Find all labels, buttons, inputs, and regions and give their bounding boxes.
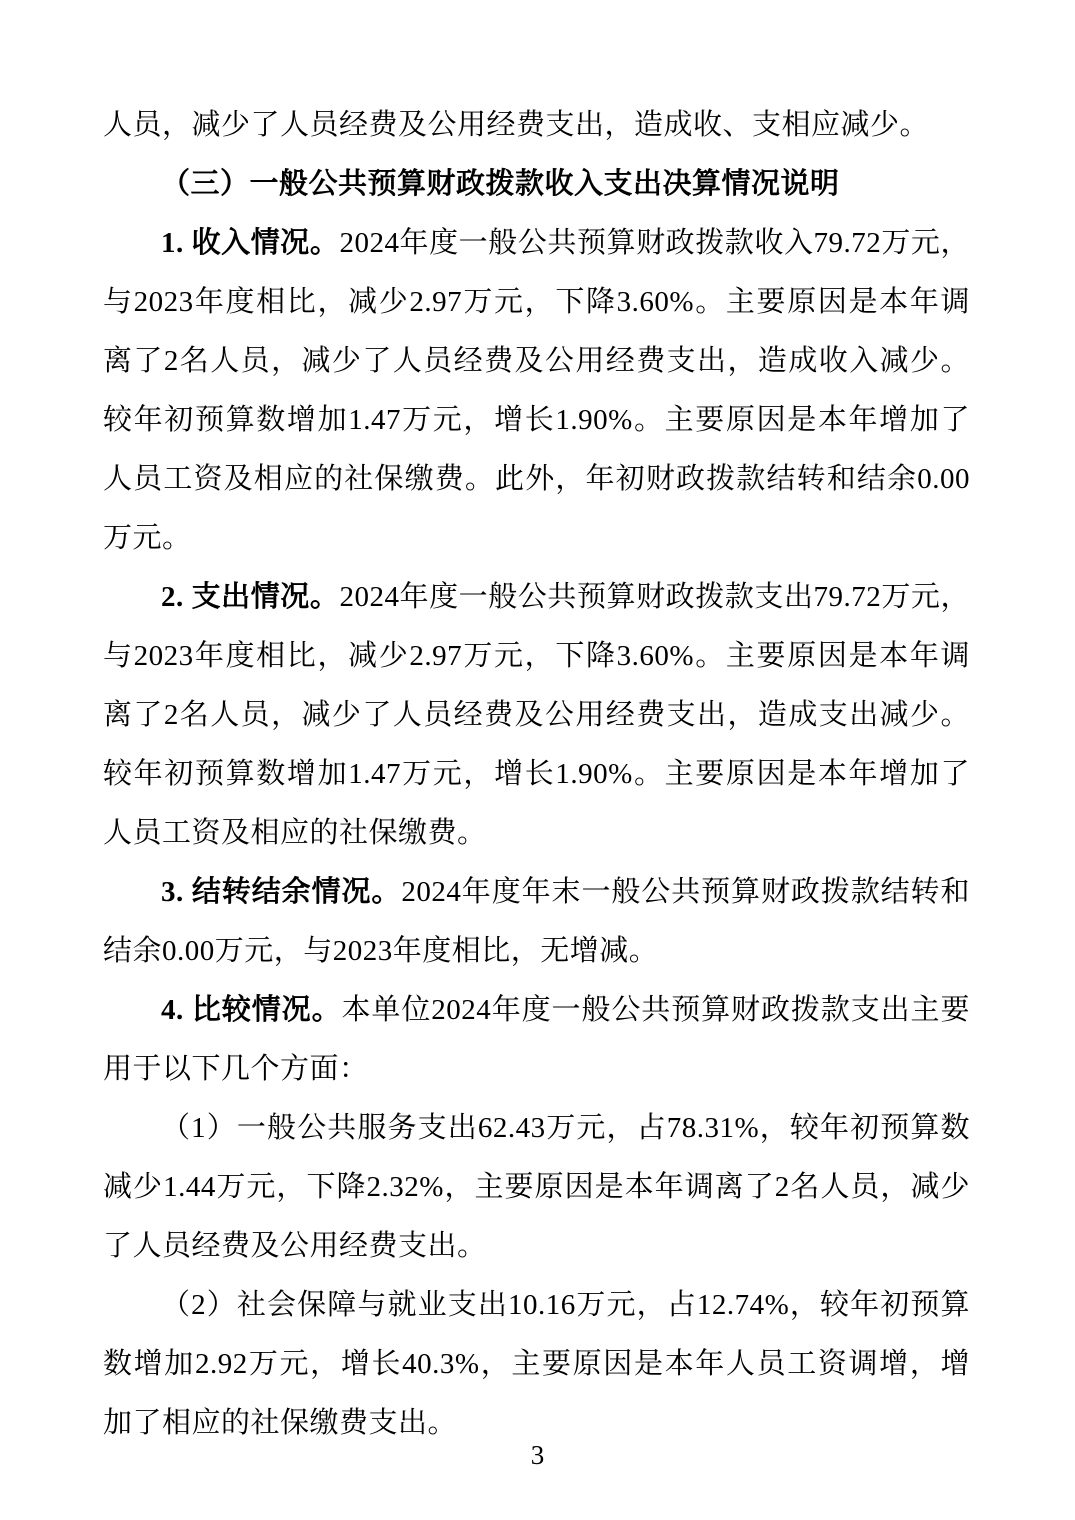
document-page: 人员，减少了人员经费及公用经费支出，造成收、支相应减少。 （三）一般公共预算财政… xyxy=(0,0,1075,1520)
paragraph-expenditure-lead: 2. 支出情况。 xyxy=(161,581,339,613)
paragraph-carryover: 3. 结转结余情况。2024年度年末一般公共预算财政拨款结转和结余0.00万元，… xyxy=(103,863,970,981)
document-body: 人员，减少了人员经费及公用经费支出，造成收、支相应减少。 （三）一般公共预算财政… xyxy=(103,96,970,1453)
paragraph-comparison-lead: 4. 比较情况。 xyxy=(161,994,342,1026)
paragraph-income: 1. 收入情况。2024年度一般公共预算财政拨款收入79.72万元，与2023年… xyxy=(103,214,970,568)
paragraph-income-lead: 1. 收入情况。 xyxy=(161,227,339,259)
paragraph-item-1: （1）一般公共服务支出62.43万元，占78.31%，较年初预算数减少1.44万… xyxy=(103,1099,970,1276)
paragraph-expenditure: 2. 支出情况。2024年度一般公共预算财政拨款支出79.72万元，与2023年… xyxy=(103,568,970,863)
paragraph-comparison: 4. 比较情况。本单位2024年度一般公共预算财政拨款支出主要用于以下几个方面： xyxy=(103,981,970,1099)
paragraph-item-2: （2）社会保障与就业支出10.16万元，占12.74%，较年初预算数增加2.92… xyxy=(103,1276,970,1453)
section-heading: （三）一般公共预算财政拨款收入支出决算情况说明 xyxy=(103,155,970,214)
page-number: 3 xyxy=(0,1440,1075,1470)
paragraph-expenditure-text: 2024年度一般公共预算财政拨款支出79.72万元，与2023年度相比，减少2.… xyxy=(103,581,970,849)
paragraph-continuation: 人员，减少了人员经费及公用经费支出，造成收、支相应减少。 xyxy=(103,96,970,155)
paragraph-carryover-lead: 3. 结转结余情况。 xyxy=(161,876,401,908)
paragraph-income-text: 2024年度一般公共预算财政拨款收入79.72万元，与2023年度相比，减少2.… xyxy=(103,227,970,554)
